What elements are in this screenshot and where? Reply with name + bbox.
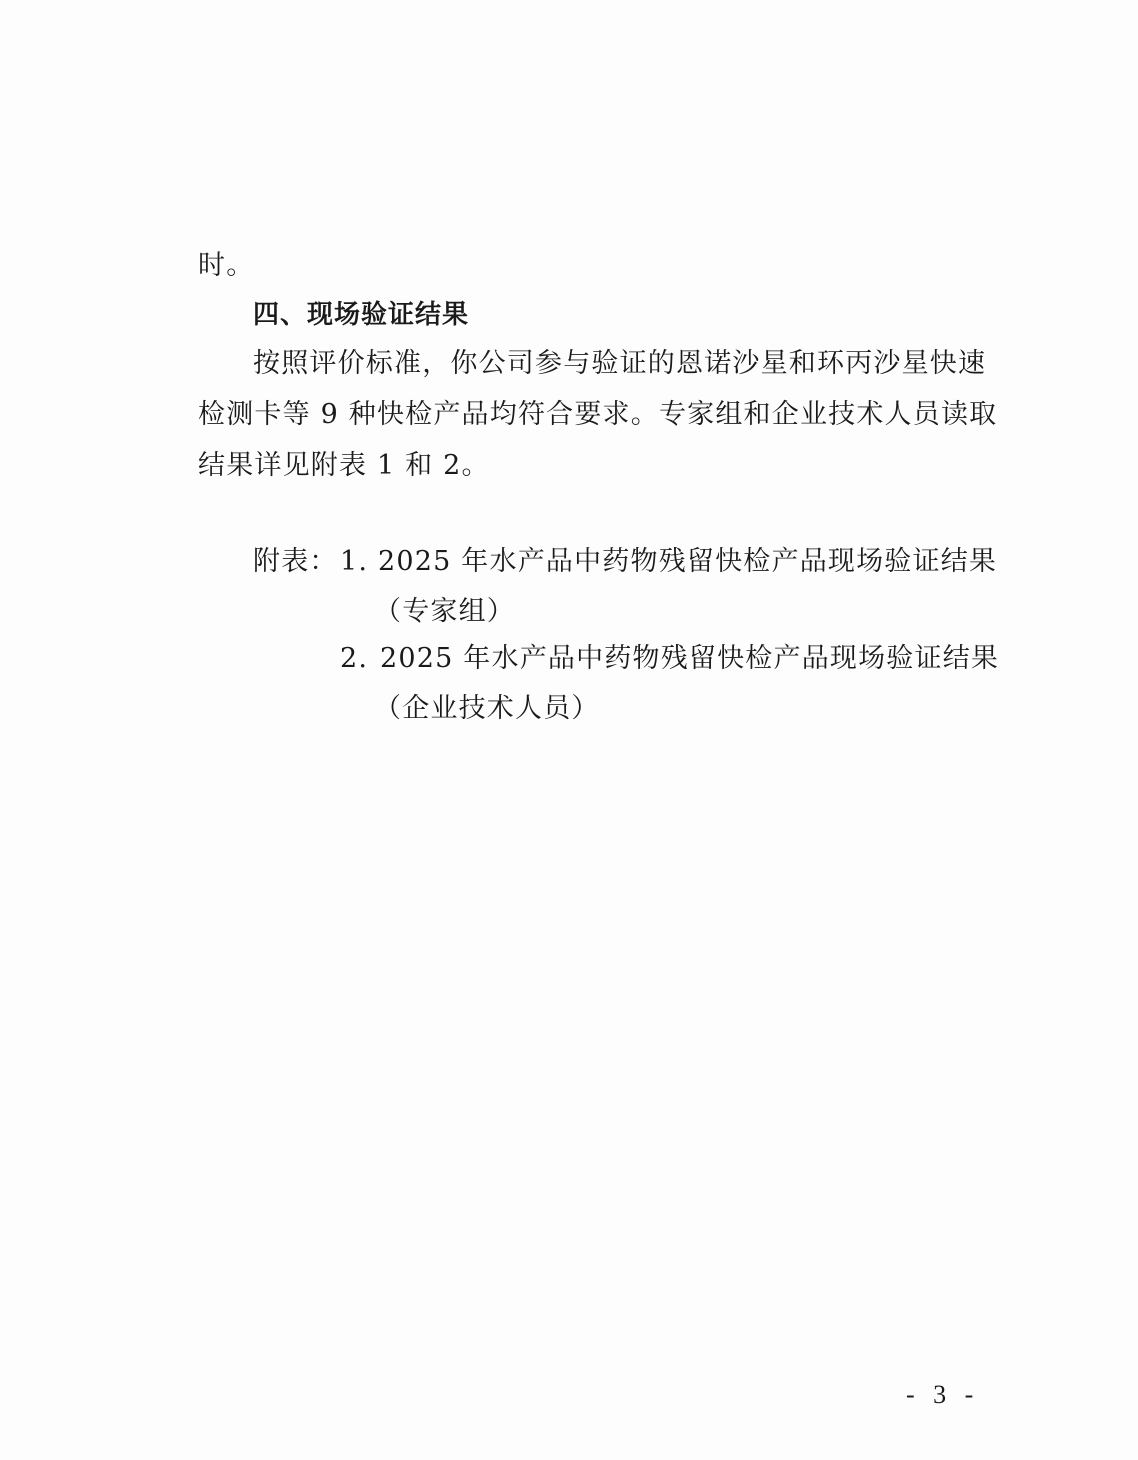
- document-page: 时。 四、现场验证结果 按照评价标准，你公司参与验证的恩诺沙星和环丙沙星快速 检…: [0, 0, 1138, 1460]
- page-number: - 3 -: [906, 1380, 979, 1410]
- paragraph-line-2: 检测卡等 9 种快检产品均符合要求。专家组和企业技术人员读取: [198, 399, 976, 431]
- attachment-2-subtitle: （企业技术人员）: [374, 693, 600, 725]
- section-heading: 四、现场验证结果: [253, 299, 469, 331]
- attachment-1-subtitle: （专家组）: [374, 596, 515, 628]
- paragraph-line-1: 按照评价标准，你公司参与验证的恩诺沙星和环丙沙星快速: [253, 348, 975, 380]
- attachment-2-number: 2.: [340, 643, 368, 675]
- continuation-text: 时。: [198, 250, 254, 282]
- attachment-1-title: 2025 年水产品中药物残留快检产品现场验证结果: [378, 546, 997, 578]
- attachments-label: 附表：: [253, 546, 338, 578]
- attachment-2-title: 2025 年水产品中药物残留快检产品现场验证结果: [380, 643, 999, 675]
- attachment-1-number: 1.: [340, 546, 368, 578]
- paragraph-line-3: 结果详见附表 1 和 2。: [198, 450, 490, 482]
